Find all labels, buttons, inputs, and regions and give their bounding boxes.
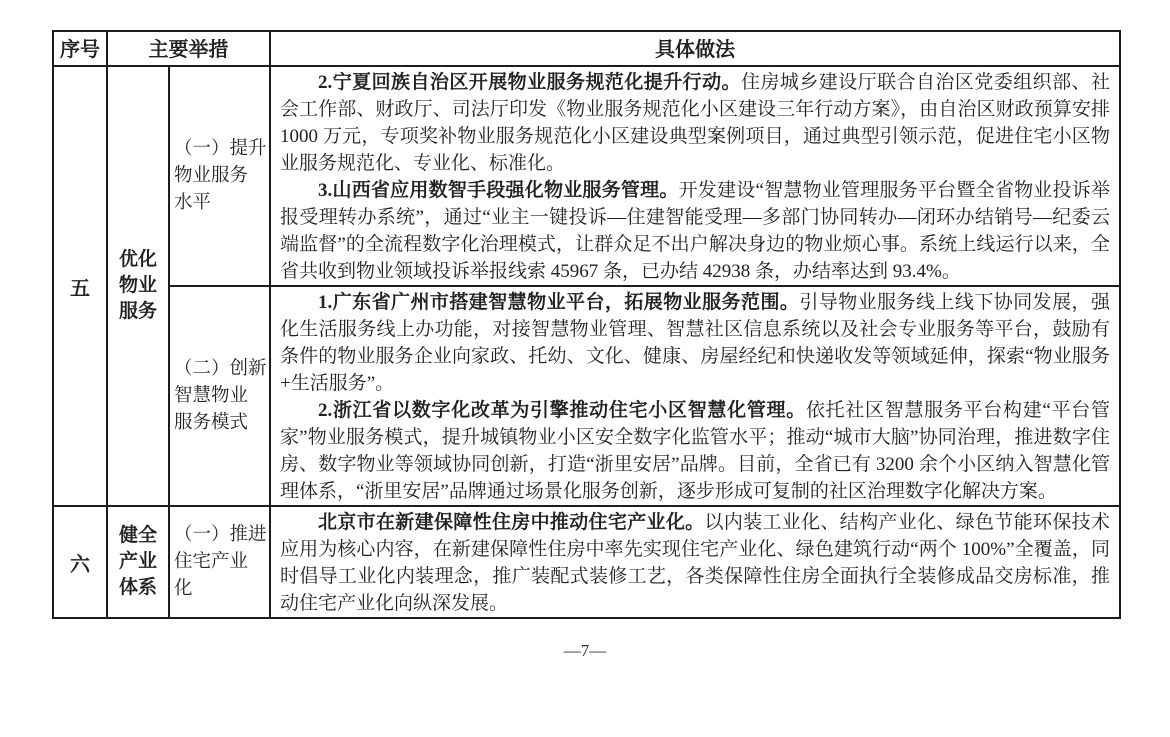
col-header-practices: 具体做法: [270, 31, 1120, 66]
paragraph-lead: 2.宁夏回族自治区开展物业服务规范化提升行动。: [318, 72, 741, 93]
document-page: 序号 主要举措 具体做法 五 优化 物业 服务 （一）提升 物业服务 水平 2.…: [0, 0, 1170, 737]
submeasure-cell: （一）推进 住宅产业 化: [169, 506, 270, 618]
measure-cell: 优化 物业 服务: [107, 66, 169, 506]
row-index-cell: 五: [53, 66, 107, 506]
submeasure-cell: （二）创新 智慧物业 服务模式: [169, 286, 270, 506]
paragraph-lead: 1.广东省广州市搭建智慧物业平台，拓展物业服务范围。: [318, 292, 799, 313]
table-row-five-a: 五 优化 物业 服务 （一）提升 物业服务 水平 2.宁夏回族自治区开展物业服务…: [53, 66, 1120, 286]
submeasure-cell: （一）提升 物业服务 水平: [169, 66, 270, 286]
practices-cell: 2.宁夏回族自治区开展物业服务规范化提升行动。住房城乡建设厅联合自治区党委组织部…: [270, 66, 1120, 286]
practices-cell: 北京市在新建保障性住房中推动住宅产业化。以内装工业化、结构产业化、绿色节能环保技…: [270, 506, 1120, 618]
page-number: —7—: [0, 641, 1170, 661]
paragraph-lead: 3.山西省应用数智手段强化物业服务管理。: [318, 180, 679, 201]
table-row-six: 六 健全 产业 体系 （一）推进 住宅产业 化 北京市在新建保障性住房中推动住宅…: [53, 506, 1120, 618]
practice-paragraph: 1.广东省广州市搭建智慧物业平台，拓展物业服务范围。引导物业服务线上线下协同发展…: [280, 289, 1110, 397]
practice-paragraph: 3.山西省应用数智手段强化物业服务管理。开发建设“智慧物业管理服务平台暨全省物业…: [280, 177, 1110, 285]
table-header-row: 序号 主要举措 具体做法: [53, 31, 1120, 66]
table-row-five-b: （二）创新 智慧物业 服务模式 1.广东省广州市搭建智慧物业平台，拓展物业服务范…: [53, 286, 1120, 506]
paragraph-lead: 2.浙江省以数字化改革为引擎推动住宅小区智慧化管理。: [318, 400, 806, 421]
practice-paragraph: 北京市在新建保障性住房中推动住宅产业化。以内装工业化、结构产业化、绿色节能环保技…: [280, 509, 1110, 617]
practice-paragraph: 2.宁夏回族自治区开展物业服务规范化提升行动。住房城乡建设厅联合自治区党委组织部…: [280, 69, 1110, 177]
practice-paragraph: 2.浙江省以数字化改革为引擎推动住宅小区智慧化管理。依托社区智慧服务平台构建“平…: [280, 397, 1110, 505]
measure-cell: 健全 产业 体系: [107, 506, 169, 618]
practices-cell: 1.广东省广州市搭建智慧物业平台，拓展物业服务范围。引导物业服务线上线下协同发展…: [270, 286, 1120, 506]
measures-table: 序号 主要举措 具体做法 五 优化 物业 服务 （一）提升 物业服务 水平 2.…: [52, 30, 1121, 619]
col-header-serial: 序号: [53, 31, 107, 66]
col-header-measures: 主要举措: [107, 31, 270, 66]
paragraph-lead: 北京市在新建保障性住房中推动住宅产业化。: [318, 512, 705, 533]
row-index-cell: 六: [53, 506, 107, 618]
